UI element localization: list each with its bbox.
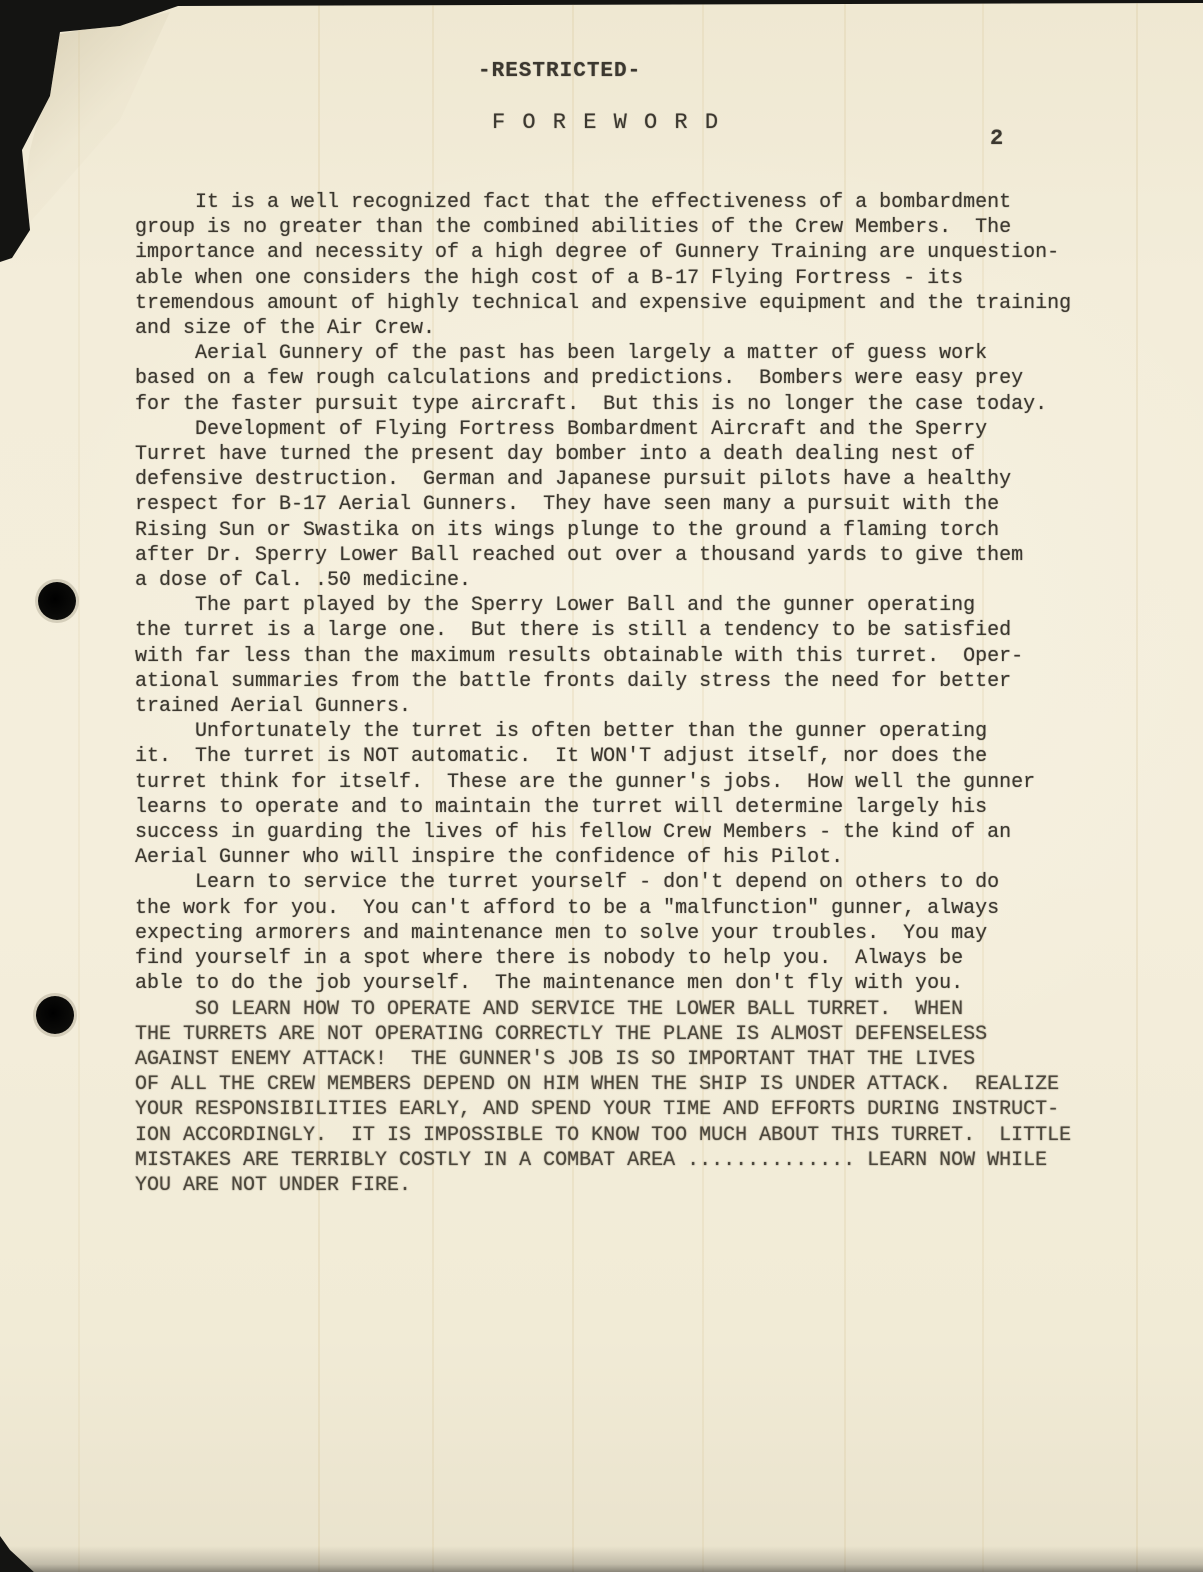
- text-line: importance and necessity of a high degre…: [135, 240, 1145, 265]
- paragraph: SO LEARN HOW TO OPERATE AND SERVICE THE …: [135, 997, 1145, 1199]
- text-line: OF ALL THE CREW MEMBERS DEPEND ON HIM WH…: [135, 1072, 1145, 1097]
- document-body: It is a well recognized fact that the ef…: [135, 190, 1145, 1198]
- text-line: MISTAKES ARE TERRIBLY COSTLY IN A COMBAT…: [135, 1148, 1145, 1173]
- text-line: Rising Sun or Swastika on its wings plun…: [135, 518, 1145, 543]
- text-line: defensive destruction. German and Japane…: [135, 467, 1145, 492]
- text-line: Unfortunately the turret is often better…: [135, 719, 1145, 744]
- text-line: The part played by the Sperry Lower Ball…: [135, 593, 1145, 618]
- text-line: ION ACCORDINGLY. IT IS IMPOSSIBLE TO KNO…: [135, 1123, 1145, 1148]
- text-line: for the faster pursuit type aircraft. Bu…: [135, 392, 1145, 417]
- text-line: based on a few rough calculations and pr…: [135, 366, 1145, 391]
- text-line: learns to operate and to maintain the tu…: [135, 795, 1145, 820]
- text-line: AGAINST ENEMY ATTACK! THE GUNNER'S JOB I…: [135, 1047, 1145, 1072]
- paragraph: The part played by the Sperry Lower Ball…: [135, 593, 1145, 719]
- text-line: it. The turret is NOT automatic. It WON'…: [135, 744, 1145, 769]
- text-line: trained Aerial Gunners.: [135, 694, 1145, 719]
- paragraph: Unfortunately the turret is often better…: [135, 719, 1145, 870]
- text-line: Learn to service the turret yourself - d…: [135, 870, 1145, 895]
- text-line: able when one considers the high cost of…: [135, 266, 1145, 291]
- text-line: Turret have turned the present day bombe…: [135, 442, 1145, 467]
- scanned-page: -RESTRICTED- F O R E W O R D 2 It is a w…: [0, 0, 1203, 1572]
- text-line: turret think for itself. These are the g…: [135, 770, 1145, 795]
- text-line: group is no greater than the combined ab…: [135, 215, 1145, 240]
- hole-punch-bottom: [36, 996, 74, 1034]
- text-line: success in guarding the lives of his fel…: [135, 820, 1145, 845]
- text-line: ational summaries from the battle fronts…: [135, 669, 1145, 694]
- text-line: It is a well recognized fact that the ef…: [135, 190, 1145, 215]
- page-title: F O R E W O R D: [492, 110, 720, 135]
- text-line: find yourself in a spot where there is n…: [135, 946, 1145, 971]
- text-line: YOUR RESPONSIBILITIES EARLY, AND SPEND Y…: [135, 1097, 1145, 1122]
- paragraph: Aerial Gunnery of the past has been larg…: [135, 341, 1145, 417]
- text-line: with far less than the maximum results o…: [135, 644, 1145, 669]
- text-line: expecting armorers and maintenance men t…: [135, 921, 1145, 946]
- text-line: and size of the Air Crew.: [135, 316, 1145, 341]
- page-number: 2: [990, 126, 1003, 151]
- text-line: Aerial Gunner who will inspire the confi…: [135, 845, 1145, 870]
- text-line: respect for B-17 Aerial Gunners. They ha…: [135, 492, 1145, 517]
- paragraph: Development of Flying Fortress Bombardme…: [135, 417, 1145, 593]
- text-line: the work for you. You can't afford to be…: [135, 896, 1145, 921]
- text-line: YOU ARE NOT UNDER FIRE.: [135, 1173, 1145, 1198]
- text-line: Development of Flying Fortress Bombardme…: [135, 417, 1145, 442]
- text-line: Aerial Gunnery of the past has been larg…: [135, 341, 1145, 366]
- text-line: a dose of Cal. .50 medicine.: [135, 568, 1145, 593]
- text-line: SO LEARN HOW TO OPERATE AND SERVICE THE …: [135, 997, 1145, 1022]
- bottom-edge-shadow: [0, 1546, 1203, 1572]
- text-line: able to do the job yourself. The mainten…: [135, 971, 1145, 996]
- text-line: tremendous amount of highly technical an…: [135, 291, 1145, 316]
- hole-punch-top: [38, 582, 76, 620]
- paragraph: It is a well recognized fact that the ef…: [135, 190, 1145, 341]
- text-line: THE TURRETS ARE NOT OPERATING CORRECTLY …: [135, 1022, 1145, 1047]
- classification-banner: -RESTRICTED-: [478, 60, 641, 83]
- text-line: after Dr. Sperry Lower Ball reached out …: [135, 543, 1145, 568]
- text-line: the turret is a large one. But there is …: [135, 618, 1145, 643]
- paragraph: Learn to service the turret yourself - d…: [135, 870, 1145, 996]
